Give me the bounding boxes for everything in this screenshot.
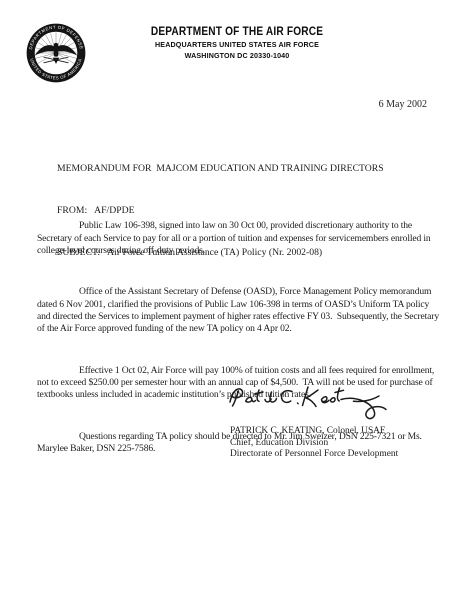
body-paragraph: Office of the Assistant Secretary of Def… bbox=[37, 286, 440, 335]
handwritten-signature bbox=[225, 379, 391, 427]
memorandum-for-line: MEMORANDUM FOR MAJCOM EDUCATION AND TRAI… bbox=[57, 163, 444, 175]
memo-date: 6 May 2002 bbox=[0, 99, 427, 110]
memo-document-page: DEPARTMENT OF DEFENSE UNITED STATES OF A… bbox=[0, 0, 474, 613]
signature-block: PATRICK C. KEATING, Colonel, USAF Chief,… bbox=[230, 426, 398, 461]
letterhead-address: WASHINGTON DC 20330-1040 bbox=[14, 50, 460, 61]
letterhead-headquarters: HEADQUARTERS UNITED STATES AIR FORCE bbox=[14, 39, 460, 50]
letterhead: DEPARTMENT OF THE AIR FORCE HEADQUARTERS… bbox=[0, 25, 474, 61]
signer-title: Chief, Education Division bbox=[230, 438, 398, 450]
signer-organization: Directorate of Personnel Force Developme… bbox=[230, 449, 398, 461]
body-paragraph: Public Law 106-398, signed into law on 3… bbox=[37, 220, 440, 257]
letterhead-department: DEPARTMENT OF THE AIR FORCE bbox=[28, 25, 445, 39]
signer-name: PATRICK C. KEATING, Colonel, USAF bbox=[230, 426, 398, 438]
